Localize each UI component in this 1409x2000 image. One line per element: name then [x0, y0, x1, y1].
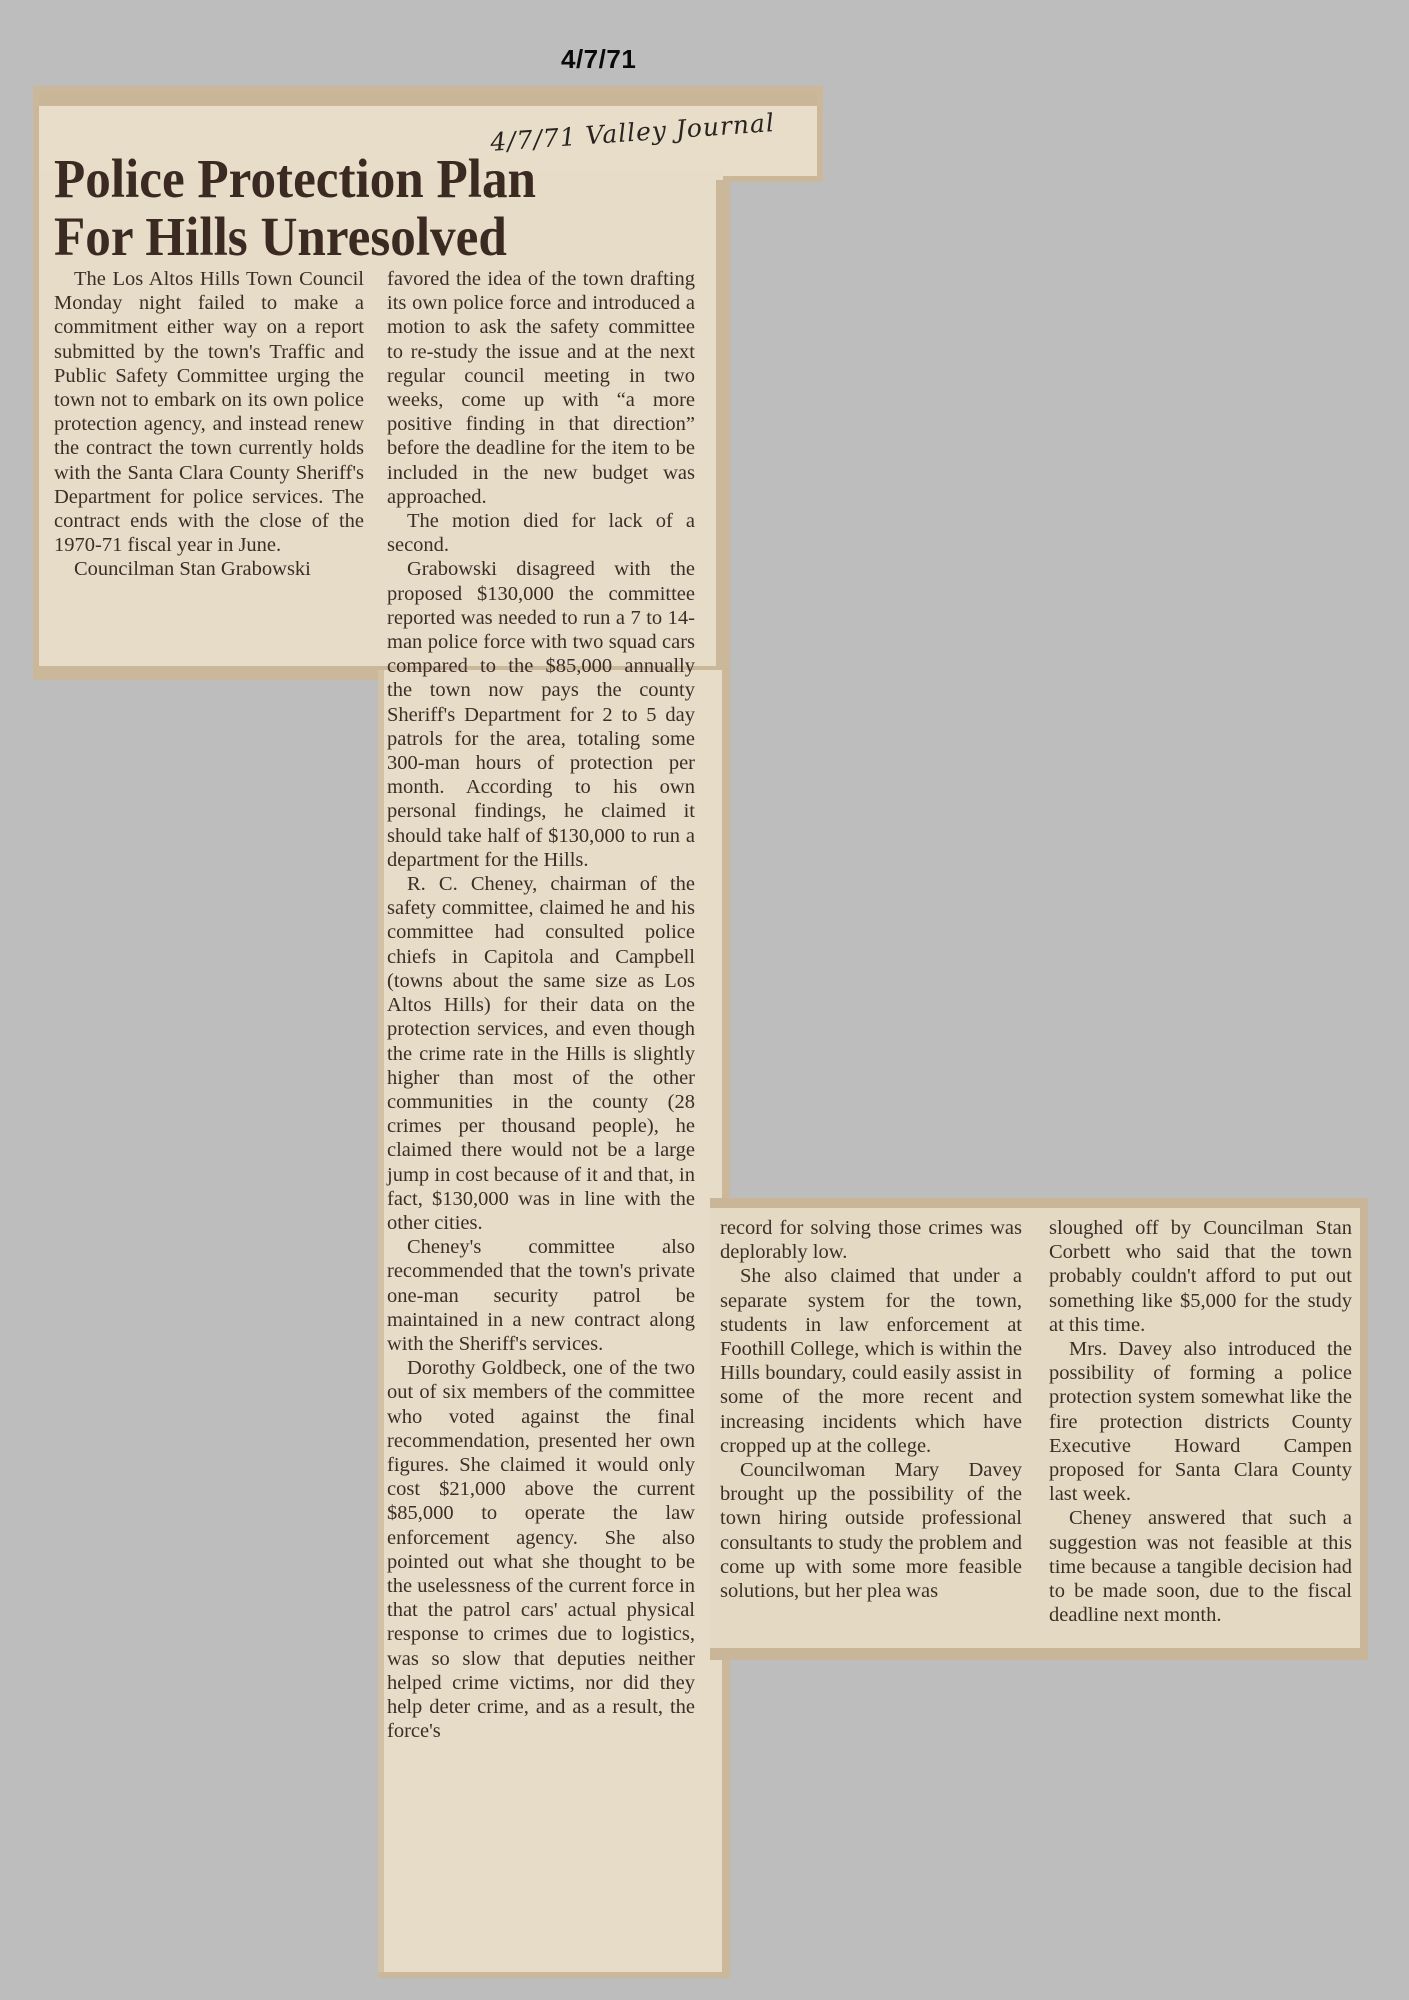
- headline-line-1: Police Protection Plan: [54, 148, 536, 209]
- article-column-1: The Los Altos Hills Town Council Monday …: [54, 267, 364, 582]
- headline-line-2: For Hills Unresolved: [54, 206, 507, 267]
- article-column-3: record for solving those crimes was depl…: [720, 1216, 1022, 1603]
- article-paragraph: The Los Altos Hills Town Council Monday …: [54, 267, 364, 557]
- article-paragraph: Grabowski disagreed with the proposed $1…: [387, 557, 695, 872]
- article-paragraph: Dorothy Goldbeck, one of the two out of …: [387, 1356, 695, 1743]
- article-paragraph: sloughed off by Councilman Stan Corbett …: [1049, 1216, 1352, 1337]
- archive-date-text: 4/7/71: [561, 44, 636, 75]
- article-paragraph: Cheney answered that such a suggestion w…: [1049, 1506, 1352, 1627]
- article-paragraph: The motion died for lack of a second.: [387, 509, 695, 557]
- article-headline: Police Protection Plan For Hills Unresol…: [54, 150, 536, 266]
- article-paragraph: record for solving those crimes was depl…: [720, 1216, 1022, 1264]
- article-paragraph: Cheney's committee also recommended that…: [387, 1235, 695, 1356]
- article-paragraph: Mrs. Davey also introduced the possibili…: [1049, 1337, 1352, 1506]
- article-paragraph: favored the idea of the town drafting it…: [387, 267, 695, 509]
- article-paragraph: Councilman Stan Grabowski: [54, 557, 364, 581]
- article-paragraph: R. C. Cheney, chairman of the safety com…: [387, 872, 695, 1235]
- article-paragraph: She also claimed that under a separate s…: [720, 1264, 1022, 1458]
- article-paragraph: Councilwoman Mary Davey brought up the p…: [720, 1458, 1022, 1603]
- article-column-4: sloughed off by Councilman Stan Corbett …: [1049, 1216, 1352, 1627]
- article-column-2: favored the idea of the town drafting it…: [387, 267, 695, 1743]
